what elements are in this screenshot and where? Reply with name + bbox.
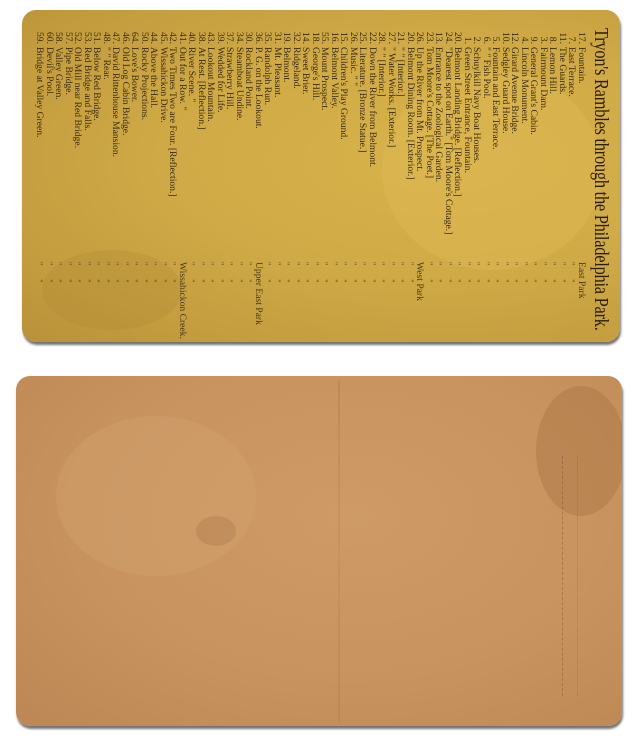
entry-title: Lookout Mountain. <box>206 47 217 122</box>
entry-number: 26. <box>349 26 359 44</box>
ditto-marks: " " <box>111 262 121 289</box>
entry-title: Children's Play Ground. <box>339 47 350 140</box>
list-entry: 28." " [Interior.]" " <box>377 26 387 342</box>
entry-title: Lincoln Monument. <box>519 47 530 124</box>
list-entry: 50.Rocky Projections." " <box>140 26 150 342</box>
list-entry: 47.David Rittenhouse Mansion." " <box>111 26 121 342</box>
entry-number: 25. <box>358 26 368 44</box>
list-entry: 1.Green Street Entrance, Fountain." " <box>463 26 473 342</box>
list-entry: 5.Fountain and East Terrace." " <box>491 26 501 342</box>
entry-number: 50. <box>140 26 150 44</box>
entry-number: 28. <box>377 26 387 44</box>
entry-title: Fairmount Dam. <box>538 47 549 110</box>
entry-title: General Grant's Cabin. <box>529 47 540 135</box>
list-entry: 41.Out for a Row. "Wissahickon Creek. <box>178 26 188 342</box>
entry-number: 16. <box>330 26 340 44</box>
entry-number: 18. <box>311 26 321 44</box>
ditto-marks: " " <box>92 262 102 289</box>
entry-number: 3. <box>539 26 549 44</box>
list-entry: 7.East Terrace." " <box>567 26 577 342</box>
ditto-marks: " " <box>472 262 482 289</box>
entry-title: Valley Green. <box>54 47 65 100</box>
list-entry: 52.Old Mill near Red Bridge." " <box>73 26 83 342</box>
ditto-marks: " " <box>35 262 45 289</box>
entry-title: Old Mill near Red Bridge. <box>73 47 84 148</box>
entry-title: Randolph Run. <box>263 47 274 105</box>
ditto-marks: " " <box>396 262 406 289</box>
list-entry: 26.Music. " "" " <box>349 26 359 342</box>
ditto-marks: " " <box>216 262 226 289</box>
entry-number: 57. <box>64 26 74 44</box>
entry-number: 20. <box>453 26 463 44</box>
entry-number: 64. <box>130 26 140 44</box>
entry-title: Old Log Cabin Bridge. <box>120 47 131 135</box>
list-entry: 10.Sedgley Guard House." " <box>501 26 511 342</box>
ditto-marks: " " <box>45 262 55 289</box>
list-entry: 13.Entrance to the Zoological Garden." " <box>434 26 444 342</box>
ditto-marks: " " <box>444 262 454 289</box>
ditto-marks: " " <box>206 262 216 289</box>
entry-title: Pipe Bridge. <box>63 47 74 95</box>
ditto-marks: " " <box>263 262 273 289</box>
card-center-line <box>338 380 340 722</box>
section-label: Upper East Park <box>254 262 264 325</box>
ditto-marks: " " <box>567 262 577 289</box>
entry-number: 20. <box>406 26 416 44</box>
ditto-marks: " " <box>102 262 112 289</box>
ditto-marks: " " <box>225 262 235 289</box>
entry-number: 48. <box>102 26 112 44</box>
entry-number: 7. <box>567 26 577 44</box>
ditto-marks: " " <box>520 262 530 289</box>
entry-number: 11. <box>558 26 568 44</box>
entry-number: 27. <box>387 26 397 44</box>
ditto-marks: " " <box>501 262 511 289</box>
list-entry: 37.Strawberry Hill." " <box>225 26 235 342</box>
pencil-marking <box>562 456 578 696</box>
entry-title: " " [Interior.] <box>377 47 388 97</box>
ditto-marks: " " <box>406 262 416 289</box>
entry-title: The Guards. <box>557 47 568 94</box>
ditto-marks: " " <box>197 262 207 289</box>
list-entry: 27." Water Works. [Exterior.]" " <box>387 26 397 342</box>
entry-number: 8. <box>548 26 558 44</box>
list-entry: 35.Randolph Run." " <box>263 26 273 342</box>
entry-number: 12. <box>510 26 520 44</box>
entry-title: Tom Moore's Cottage. [The Poet.] <box>424 47 435 178</box>
list-entry: 34.Steamboat Undine." " <box>235 26 245 342</box>
entry-title: Belmont Dining Room. [Exterior.] <box>405 47 416 179</box>
entry-title: Down the River from Belmont. <box>367 47 378 167</box>
entry-title: Wedded for Life. <box>215 47 226 113</box>
entry-title: David Rittenhouse Mansion. <box>111 47 122 157</box>
entry-title: Mount Prospect. <box>320 47 331 110</box>
paper-stain <box>536 386 622 516</box>
entry-number: 42. <box>168 26 178 44</box>
ditto-marks: " " <box>121 262 131 289</box>
entry-number: 2. <box>472 26 482 44</box>
photo-list: 17.Fountain.East Park7.East Terrace." "1… <box>35 26 586 342</box>
entry-number: 32. <box>292 26 302 44</box>
ditto-marks: " " <box>159 262 169 289</box>
ditto-marks: " " <box>358 262 368 289</box>
entry-title: Rocky Projections. <box>139 47 150 120</box>
list-entry: 43.Lookout Mountain." " <box>206 26 216 342</box>
entry-number: 43. <box>206 26 216 44</box>
entry-number: 17. <box>577 26 587 44</box>
entry-number: 40. <box>187 26 197 44</box>
ditto-marks: " " <box>491 262 501 289</box>
entry-number: 30. <box>244 26 254 44</box>
list-entry: 26.Up the River from Mt. Prospect.West P… <box>415 26 425 342</box>
list-entry: 42.Two Times Two are Four. [Reflection.]… <box>168 26 178 342</box>
list-entry: 20.Belmont Dining Room. [Exterior.]" " <box>406 26 416 342</box>
list-entry: 30.Rockland Point." " <box>244 26 254 342</box>
list-entry: 20.Belmont Landing Bridge. [Reflection.]… <box>453 26 463 342</box>
ditto-marks: " " <box>377 262 387 289</box>
list-entry: 8.Lemon Hill." " <box>548 26 558 342</box>
list-entry: 12.Girard Avenue Bridge." " <box>510 26 520 342</box>
list-entry: 19.Belmont." " <box>282 26 292 342</box>
list-entry: 55.Mount Prospect." " <box>320 26 330 342</box>
entry-number: 55. <box>320 26 330 44</box>
entry-title: Girard Avenue Bridge. <box>510 47 521 134</box>
entry-number: 26. <box>415 26 425 44</box>
entry-title: Lemon Hill. <box>548 47 559 94</box>
list-entry: 11.The Guards." " <box>558 26 568 342</box>
ditto-marks: " " <box>387 262 397 289</box>
ditto-marks: " " <box>453 262 463 289</box>
ditto-marks: " " <box>282 262 292 289</box>
ditto-marks: " " <box>529 262 539 289</box>
entry-number: 23. <box>425 26 435 44</box>
entry-number: 46. <box>121 26 131 44</box>
entry-number: 38. <box>197 26 207 44</box>
entry-number: 24. <box>444 26 454 44</box>
entry-title: Below Red Bridge. <box>92 47 103 121</box>
entry-title: River Scene. " <box>187 47 198 102</box>
ditto-marks: " " <box>320 262 330 289</box>
ditto-marks: " " <box>558 262 568 289</box>
entry-number: 39. <box>216 26 226 44</box>
entry-title: " " Rear. <box>101 47 112 80</box>
entry-title: "Dearest spot on Earth." [Tom Moore's Co… <box>443 47 454 234</box>
entry-number: 51. <box>92 26 102 44</box>
ditto-marks: " " <box>548 262 558 289</box>
ditto-marks: " " <box>73 262 83 289</box>
entry-title: Red Bridge and Falls. <box>82 47 93 131</box>
entry-title: Fountain. <box>576 47 587 84</box>
list-entry: 44.Above the Hall." " <box>149 26 159 342</box>
entry-number: 34. <box>235 26 245 44</box>
entry-title: Schuylkill Navy Boat Houses. <box>472 47 483 163</box>
ditto-marks: " " <box>168 262 178 289</box>
entry-number: 60. <box>45 26 55 44</box>
list-entry: 15.Children's Play Ground." " <box>339 26 349 342</box>
list-entry: 57.Pipe Bridge." " <box>64 26 74 342</box>
entry-number: 53. <box>83 26 93 44</box>
list-entry: 58.Valley Green." " <box>54 26 64 342</box>
entry-title: Music. " " <box>348 47 359 86</box>
list-entry: 59.Bridge at Valley Green." " <box>35 26 45 342</box>
ditto-marks: " " <box>187 262 197 289</box>
entry-title: Fountain and East Terrace. <box>491 47 502 150</box>
entry-title: Literature. [Bronze Statue.] <box>358 47 369 153</box>
ditto-marks: " " <box>140 262 150 289</box>
entry-title: " " Fish Pool. <box>481 47 492 99</box>
entry-title: " Water Works. [Exterior.] <box>386 47 397 147</box>
ditto-marks: " " <box>83 262 93 289</box>
list-entry: 51.Below Red Bridge." " <box>92 26 102 342</box>
list-entry: 17.Fountain.East Park <box>577 26 587 342</box>
entry-number: 52. <box>73 26 83 44</box>
list-entry: 39.Wedded for Life." " <box>216 26 226 342</box>
list-entry: 22.Down the River from Belmont." " <box>368 26 378 342</box>
entry-number: 45. <box>159 26 169 44</box>
entry-number: 41. <box>178 26 188 44</box>
card-title: Tryon's Rambles through the Philadelphia… <box>589 28 612 331</box>
entry-number: 6. <box>482 26 492 44</box>
list-entry: 3.Fairmount Dam." " <box>539 26 549 342</box>
section-label: East Park <box>577 262 587 299</box>
card-text-block: Tryon's Rambles through the Philadelphia… <box>22 10 620 342</box>
entry-number: 36. <box>254 26 264 44</box>
ditto-marks: " " <box>539 262 549 289</box>
entry-title: Mt. Pleasant. <box>272 47 283 97</box>
entry-number: 13. <box>434 26 444 44</box>
list-entry: 6." " Fish Pool." " <box>482 26 492 342</box>
list-entry: 14.Sweet Brier." " <box>301 26 311 342</box>
entry-number: 44. <box>149 26 159 44</box>
entry-number: 58. <box>54 26 64 44</box>
entry-title: Entrance to the Zoological Garden. <box>434 47 445 182</box>
ditto-marks: " " <box>273 262 283 289</box>
entry-number: 22. <box>368 26 378 44</box>
ditto-marks: " " <box>434 262 444 289</box>
stereoview-card-front: Tryon's Rambles through the Philadelphia… <box>22 10 620 342</box>
ditto-marks: " " <box>311 262 321 289</box>
entry-title: Two Times Two are Four. [Reflection.] <box>168 47 179 197</box>
entry-number: 4. <box>520 26 530 44</box>
ditto-marks: " " <box>301 262 311 289</box>
entry-number: 9. <box>529 26 539 44</box>
ditto-marks: " " <box>244 262 254 289</box>
entry-number: 14. <box>301 26 311 44</box>
entry-title: Strawberry Hill. <box>225 47 236 109</box>
entry-title: Belmont. <box>282 47 293 82</box>
list-entry: 23.Tom Moore's Cottage. [The Poet.]" " <box>425 26 435 342</box>
list-entry: 21." " [Interior.]" " <box>396 26 406 342</box>
entry-title: Devil's Pool. <box>44 47 55 96</box>
entry-number: 10. <box>501 26 511 44</box>
list-entry: 45.Wissahickon Drive." " <box>159 26 169 342</box>
entry-number: 5. <box>491 26 501 44</box>
list-entry: 18.George's Hill." " <box>311 26 321 342</box>
entry-number: 47. <box>111 26 121 44</box>
entry-title: At Rest. [Reflection.] <box>196 47 207 130</box>
entry-number: 37. <box>225 26 235 44</box>
list-entry: 40.River Scene. "" " <box>187 26 197 342</box>
entry-title: Ridgeland. <box>291 47 302 89</box>
entry-title: Up the River from Mt. Prospect. <box>415 47 426 171</box>
ditto-marks: " " <box>349 262 359 289</box>
entry-title: Bridge at Valley Green. <box>35 47 46 137</box>
ditto-marks: " " <box>292 262 302 289</box>
list-entry: 48." " Rear." " <box>102 26 112 342</box>
paper-stain <box>56 416 256 576</box>
list-entry: 46.Old Log Cabin Bridge." " <box>121 26 131 342</box>
entry-title: P. G. on the Lookout. <box>253 47 264 129</box>
ditto-marks: " " <box>339 262 349 289</box>
ditto-marks: " " <box>54 262 64 289</box>
list-entry: 24."Dearest spot on Earth." [Tom Moore's… <box>444 26 454 342</box>
entry-title: East Terrace. <box>567 47 578 97</box>
entry-title: Above the Hall. <box>149 47 160 108</box>
entry-number: 19. <box>282 26 292 44</box>
ditto-marks: " " <box>510 262 520 289</box>
list-entry: 4.Lincoln Monument." " <box>520 26 530 342</box>
entry-number: 21. <box>396 26 406 44</box>
section-label: Wissahickon Creek. <box>178 262 188 339</box>
list-entry: 36.P. G. on the Lookout.Upper East Park <box>254 26 264 342</box>
entry-title: Belmont Valley. <box>329 47 340 109</box>
list-entry: 31.Mt. Pleasant." " <box>273 26 283 342</box>
entry-title: Out for a Row. " <box>177 47 188 110</box>
list-entry: 16.Belmont Valley." " <box>330 26 340 342</box>
list-entry: 38.At Rest. [Reflection.]" " <box>197 26 207 342</box>
section-label: West Park <box>415 262 425 301</box>
entry-number: 59. <box>35 26 45 44</box>
entry-title: Wissahickon Drive. <box>158 47 169 123</box>
ditto-marks: " " <box>463 262 473 289</box>
stereoview-card-back <box>16 376 622 726</box>
entry-title: Love's Bower. <box>130 47 141 102</box>
entry-number: 35. <box>263 26 273 44</box>
entry-title: Sedgley Guard House. <box>500 47 511 134</box>
entry-title: Belmont Landing Bridge. [Reflection.] <box>453 47 464 196</box>
ditto-marks: " " <box>425 262 435 289</box>
entry-title: Rockland Point. <box>244 47 255 109</box>
entry-number: 31. <box>273 26 283 44</box>
ditto-marks: " " <box>64 262 74 289</box>
ditto-marks: " " <box>235 262 245 289</box>
list-entry: 25.Literature. [Bronze Statue.]" " <box>358 26 368 342</box>
list-entry: 60.Devil's Pool." " <box>45 26 55 342</box>
ditto-marks: " " <box>149 262 159 289</box>
ditto-marks: " " <box>330 262 340 289</box>
list-entry: 2.Schuylkill Navy Boat Houses." " <box>472 26 482 342</box>
list-entry: 32.Ridgeland." " <box>292 26 302 342</box>
entry-title: " " [Interior.] <box>396 47 407 97</box>
ditto-marks: " " <box>482 262 492 289</box>
entry-title: Sweet Brier. <box>301 47 312 94</box>
ditto-marks: " " <box>368 262 378 289</box>
entry-title: Steamboat Undine. <box>234 47 245 121</box>
entry-number: 1. <box>463 26 473 44</box>
ditto-marks: " " <box>130 262 140 289</box>
list-entry: 9.General Grant's Cabin." " <box>529 26 539 342</box>
entry-title: Green Street Entrance, Fountain. <box>462 47 473 173</box>
list-entry: 53.Red Bridge and Falls." " <box>83 26 93 342</box>
entry-title: George's Hill. <box>310 47 321 100</box>
entry-number: 15. <box>339 26 349 44</box>
list-entry: 64.Love's Bower." " <box>130 26 140 342</box>
paper-stain <box>196 516 236 546</box>
